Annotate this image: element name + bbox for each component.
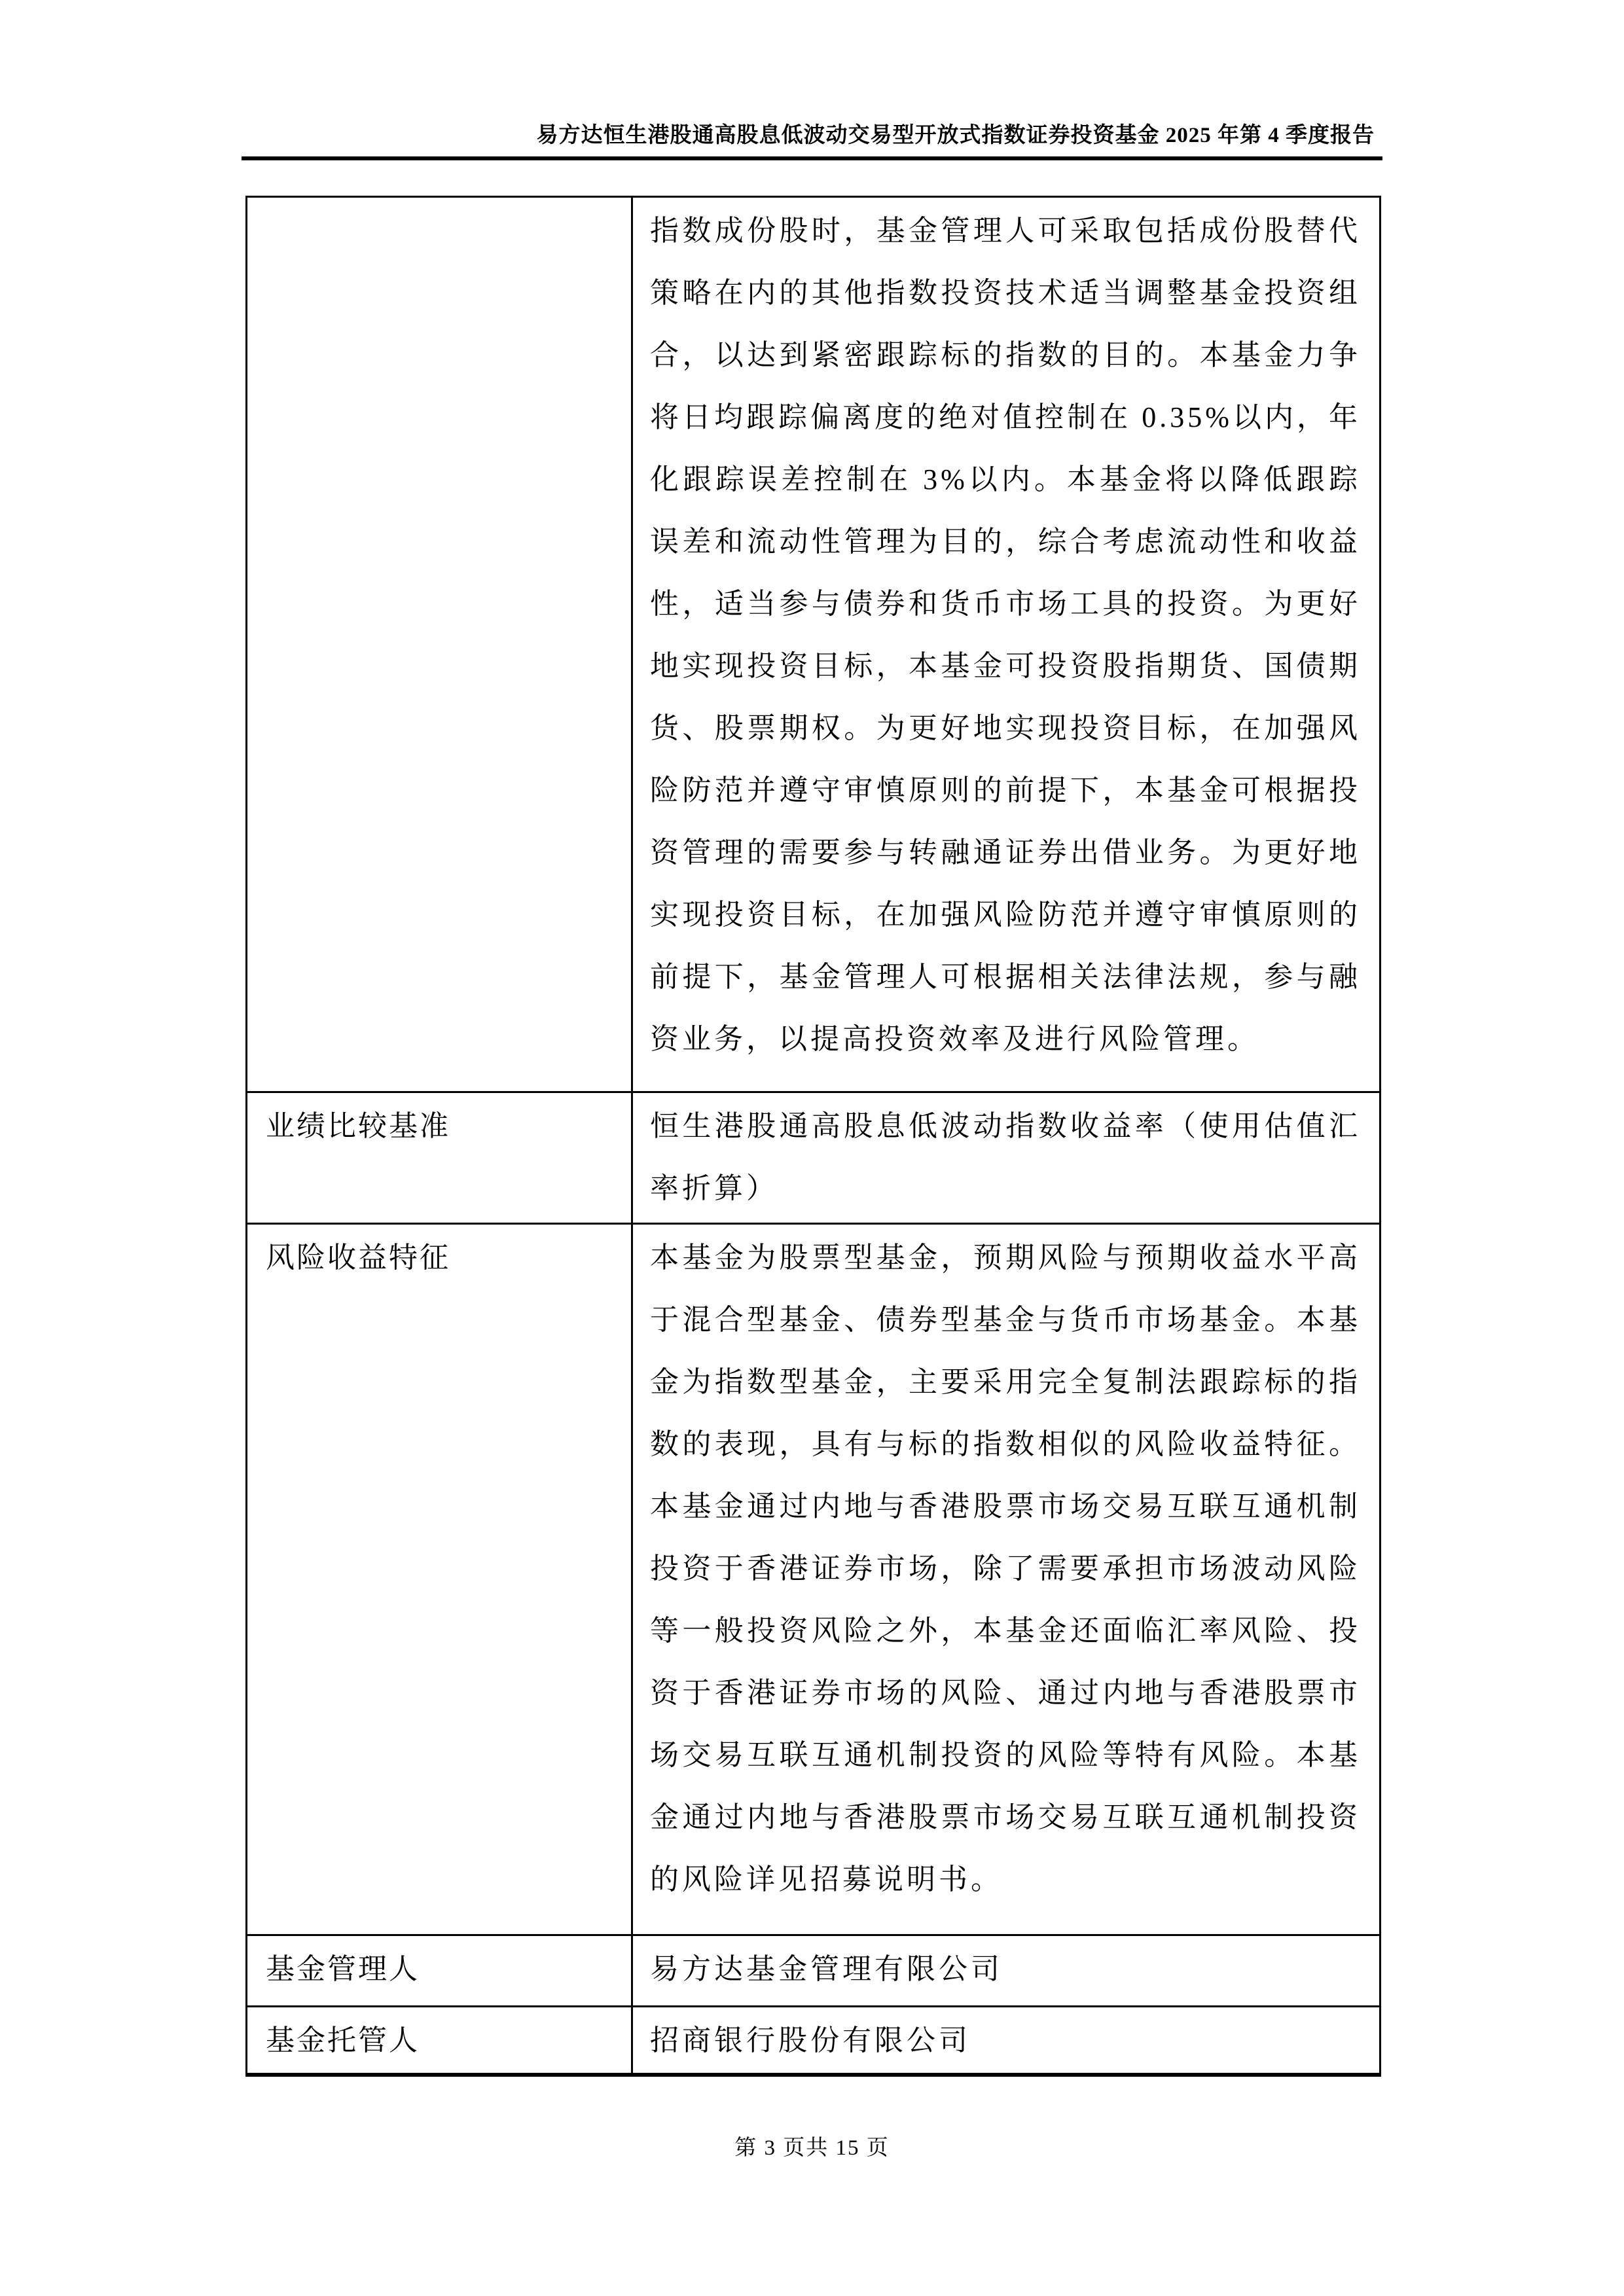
table-row-risk-return: 风险收益特征 本基金为股票型基金，预期风险与预期收益水平高于混合型基金、债券型基… (247, 1224, 1380, 1935)
report-title: 易方达恒生港股通高股息低波动交易型开放式指数证券投资基金 2025 年第 4 季… (242, 118, 1375, 149)
row-value-fund-custodian: 招商银行股份有限公司 (632, 2007, 1380, 2075)
header-rule (242, 156, 1382, 160)
row-label-fund-custodian: 基金托管人 (247, 2007, 632, 2075)
row-value-risk-return: 本基金为股票型基金，预期风险与预期收益水平高于混合型基金、债券型基金与货币市场基… (632, 1224, 1380, 1935)
row-label-fund-manager: 基金管理人 (247, 1935, 632, 2007)
report-page: 易方达恒生港股通高股息低波动交易型开放式指数证券投资基金 2025 年第 4 季… (0, 0, 1624, 2296)
table-row-fund-custodian: 基金托管人 招商银行股份有限公司 (247, 2007, 1380, 2075)
row-value-investment-strategy: 指数成份股时，基金管理人可采取包括成份股替代策略在内的其他指数投资技术适当调整基… (632, 197, 1380, 1092)
row-label-benchmark: 业绩比较基准 (247, 1092, 632, 1224)
table-row-fund-manager: 基金管理人 易方达基金管理有限公司 (247, 1935, 1380, 2007)
row-label-empty (247, 197, 632, 1092)
fund-info-table: 指数成份股时，基金管理人可采取包括成份股替代策略在内的其他指数投资技术适当调整基… (245, 196, 1381, 2077)
table-row-benchmark: 业绩比较基准 恒生港股通高股息低波动指数收益率（使用估值汇率折算） (247, 1092, 1380, 1224)
row-value-benchmark: 恒生港股通高股息低波动指数收益率（使用估值汇率折算） (632, 1092, 1380, 1224)
table-row-investment-strategy: 指数成份股时，基金管理人可采取包括成份股替代策略在内的其他指数投资技术适当调整基… (247, 197, 1380, 1092)
row-label-risk-return: 风险收益特征 (247, 1224, 632, 1935)
row-value-fund-manager: 易方达基金管理有限公司 (632, 1935, 1380, 2007)
page-number-indicator: 第 3 页共 15 页 (0, 2130, 1624, 2161)
